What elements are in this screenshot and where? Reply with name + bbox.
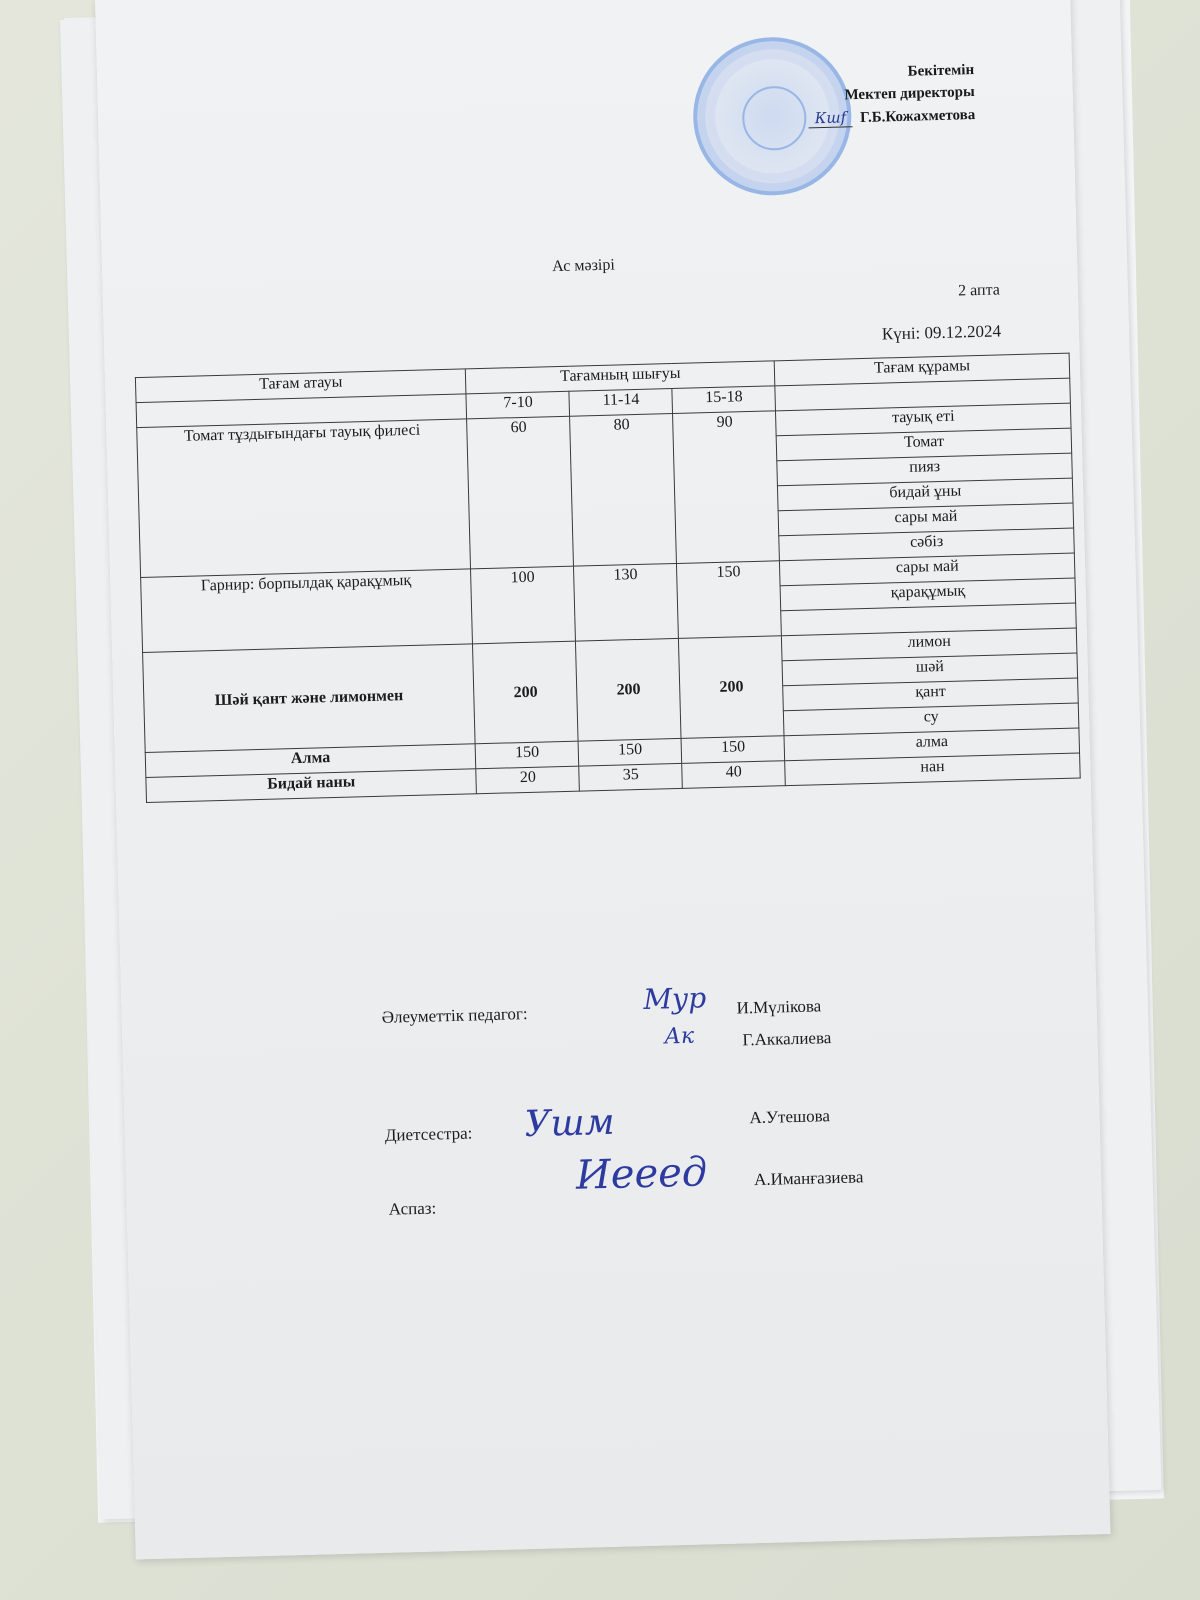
- age-group-7-10: 7-10: [466, 391, 570, 419]
- cook-label: Аспаз:: [389, 1198, 437, 1219]
- cook-name: А.Иманғазиева: [754, 1167, 864, 1190]
- dietitian-label: Диетсестра:: [385, 1124, 473, 1146]
- social-pedagogue-label: Әлеуметтік педагог:: [381, 1004, 527, 1028]
- week-label: 2 апта: [958, 281, 1000, 300]
- portion-value: 90: [673, 411, 780, 564]
- signature-ink-2: Ак: [664, 1024, 694, 1050]
- social-pedagogue-name-1: И.Мүлікова: [736, 996, 821, 1018]
- dietitian-name: А.Утешова: [749, 1106, 830, 1128]
- age-group-11-14: 11-14: [569, 389, 673, 417]
- portion-value: 130: [574, 563, 679, 641]
- portion-value: 150: [677, 561, 782, 639]
- menu-document: Бекітемін Мектеп директоры КшfГ.Б.Кожахм…: [95, 0, 1111, 1559]
- signature-ink-3: Ушм: [524, 1102, 615, 1145]
- age-group-15-18: 15-18: [672, 386, 776, 414]
- dish-name: Гарнир: борпылдақ қарақұмық: [141, 569, 473, 653]
- portion-value: 150: [578, 738, 682, 766]
- director-signature: Кшf: [809, 108, 853, 128]
- document-title: Ас мәзірі: [552, 256, 615, 276]
- portion-value: 80: [570, 414, 677, 567]
- state-emblem-icon: [742, 85, 808, 151]
- portion-value: 150: [681, 736, 785, 764]
- signature-ink-1: Мур: [643, 981, 707, 1016]
- dish-name: Шәй қант және лимонмен: [143, 644, 476, 753]
- portion-value: 150: [475, 741, 579, 769]
- portion-value: 200: [679, 636, 785, 739]
- portion-value: 200: [576, 638, 682, 741]
- approval-block: Бекітемін Мектеп директоры КшfГ.Б.Кожахм…: [807, 59, 975, 130]
- date-label: Күні: 09.12.2024: [882, 321, 1002, 344]
- portion-value: 60: [467, 416, 574, 569]
- dish-name: Томат тұздығындағы тауық филесі: [137, 419, 471, 578]
- portion-value: 20: [476, 766, 580, 794]
- portion-value: 200: [473, 641, 579, 744]
- signature-ink-4: Иееед: [575, 1149, 707, 1198]
- approval-line-director: Г.Б.Кожахметова: [860, 107, 976, 126]
- portion-value: 40: [682, 761, 786, 789]
- social-pedagogue-name-2: Г.Аккалиева: [742, 1028, 831, 1050]
- portion-value: 100: [471, 566, 576, 644]
- portion-value: 35: [579, 763, 683, 791]
- menu-table: Тағам атауы Тағамның шығуы Тағам құрамы …: [135, 353, 1081, 803]
